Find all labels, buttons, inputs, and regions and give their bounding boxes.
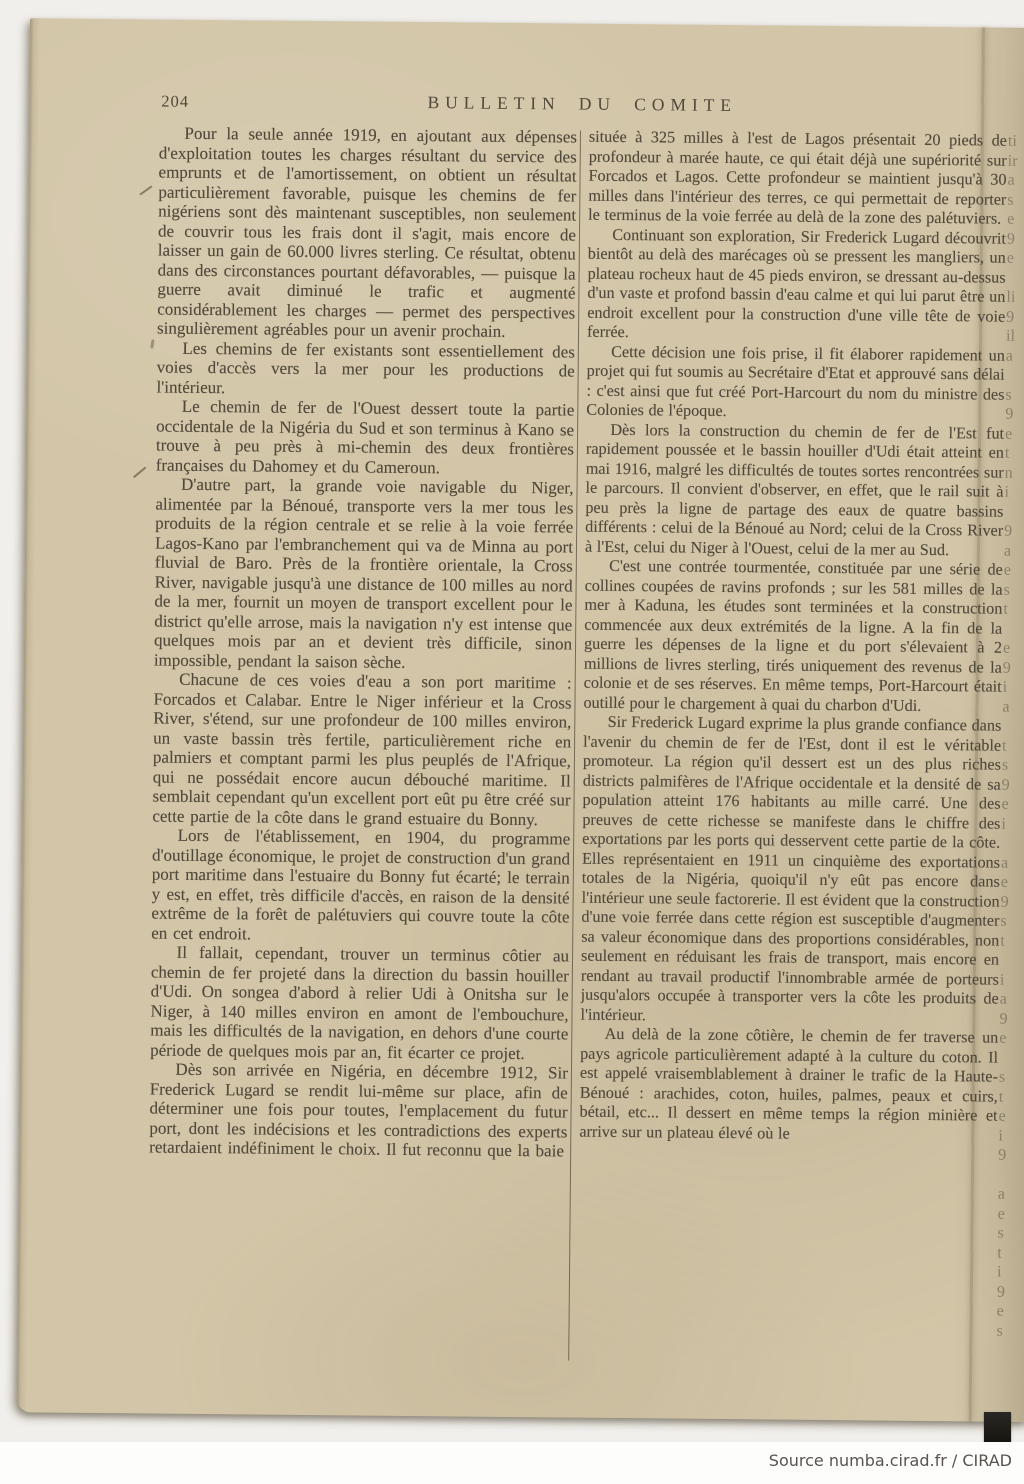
ghost-text-fragment: i xyxy=(1000,970,1024,990)
ghost-text-fragment: 9 xyxy=(1004,522,1024,542)
paragraph: Le chemin de fer de l'Ouest dessert tout… xyxy=(156,397,575,479)
paragraph: Il fallait, cependant, trouver un termin… xyxy=(150,942,569,1063)
ghost-text-fragment: t xyxy=(997,1243,1024,1263)
paragraph: Cette décision une fois prise, il fit él… xyxy=(586,342,1005,424)
ghost-text-fragment: t xyxy=(1000,931,1024,951)
ghost-text-fragment: i xyxy=(1004,483,1024,503)
ghost-text-fragment: a xyxy=(1000,990,1024,1010)
ghost-text-fragment: 9 xyxy=(1001,892,1024,912)
ghost-text-fragment: 9 xyxy=(1005,405,1024,425)
ghost-text-fragment: e xyxy=(1007,249,1024,269)
margin-pencil-mark xyxy=(133,467,147,479)
ghost-text-fragment: e xyxy=(999,1029,1024,1049)
paragraph: D'autre part, la grande voie navigable d… xyxy=(154,475,574,674)
margin-pencil-mark xyxy=(150,339,154,348)
ghost-text-fragment: e xyxy=(1005,424,1024,444)
book-page-scan: 204 BULLETIN DU COMITE Pour la seule ann… xyxy=(17,18,1024,1422)
ghost-text-fragment: i xyxy=(998,1126,1024,1146)
ghost-text-fragment: a xyxy=(998,1185,1024,1205)
paragraph: Continuant son exploration, Sir Frederic… xyxy=(587,225,1006,346)
ghost-text-fragment: s xyxy=(1002,756,1024,776)
ghost-text-fragment: 9 xyxy=(997,1282,1024,1302)
ghost-text-fragment xyxy=(1003,619,1024,639)
paragraph: Lors de l'établissement, en 1904, du pro… xyxy=(151,825,570,946)
ghost-text-fragment: li xyxy=(1006,288,1024,308)
ghost-text-fragment: e xyxy=(998,1204,1024,1224)
ghost-text-fragment: i xyxy=(1001,814,1024,834)
ghost-text-fragment: n xyxy=(1005,463,1024,483)
ghost-text-fragment: a xyxy=(1002,697,1024,717)
ghost-text-fragment: a xyxy=(1007,171,1024,191)
ghost-text-fragment: t xyxy=(1005,444,1024,464)
ghost-text-fragment xyxy=(1007,268,1024,288)
ghost-text-fragment: e xyxy=(997,1302,1024,1322)
ghost-text-fragment: s xyxy=(1005,385,1024,405)
ghost-text-fragment: 9 xyxy=(1006,307,1024,327)
ghost-text-fragment xyxy=(1002,717,1024,737)
ghost-text-fragment: e xyxy=(1001,873,1024,893)
ghost-text-fragment: s xyxy=(996,1321,1024,1341)
ghost-text-fragment: a xyxy=(996,1341,1024,1344)
ghost-text-fragment: s xyxy=(1004,580,1024,600)
ghost-text-fragment xyxy=(1006,366,1024,386)
ghost-text-fragment: 9 xyxy=(998,1146,1024,1166)
paragraph: Chacune de ces voies d'eau a son port ma… xyxy=(152,670,571,830)
ghost-text-fragment: s xyxy=(1000,912,1024,932)
ghost-text-fragment: s xyxy=(1007,190,1024,210)
ghost-text-fragment: e xyxy=(1001,795,1024,815)
running-header: 204 BULLETIN DU COMITE xyxy=(159,90,1005,124)
ghost-text-fragment: e xyxy=(1007,210,1024,230)
ghost-text-fragment: e xyxy=(998,1107,1024,1127)
ghost-text-fragment: a xyxy=(1004,541,1024,561)
ghost-text-fragment: 9 xyxy=(1002,775,1024,795)
ghost-text-fragment: t xyxy=(1003,600,1024,620)
paragraph: C'est une contrée tourmentée, constituée… xyxy=(583,557,1002,717)
ghost-text-fragment xyxy=(998,1165,1024,1185)
paragraph: située à 325 milles à l'est de Lagos pré… xyxy=(588,128,1007,230)
ghost-text-fragment: a xyxy=(1006,346,1024,366)
ghost-text-fragment: 9 xyxy=(1003,658,1024,678)
ghost-text-fragment: e xyxy=(1003,639,1024,659)
ghost-text-fragment: a xyxy=(1001,853,1024,873)
journal-title: BULLETIN DU COMITE xyxy=(159,90,1005,119)
paragraph: Dès son arrivée en Nigéria, en décembre … xyxy=(149,1059,568,1161)
paragraph: Les chemins de fer existants sont essent… xyxy=(156,338,575,401)
ghost-text-fragment: ir xyxy=(1008,151,1024,171)
ghost-text-fragment xyxy=(999,1048,1024,1068)
ghost-text-fragment: s xyxy=(997,1224,1024,1244)
paragraph: Pour la seule année 1919, en ajoutant au… xyxy=(157,124,577,343)
paragraph: Sir Frederick Lugard exprime la plus gra… xyxy=(580,713,1001,1029)
ghost-text-fragment xyxy=(1001,834,1024,854)
ghost-text-fragment xyxy=(1000,951,1024,971)
ghost-text-fragment: t xyxy=(999,1087,1024,1107)
ghost-text-fragment: 9 xyxy=(1007,229,1024,249)
ghost-text-fragment xyxy=(1004,502,1024,522)
ghost-text-fragment: 9 xyxy=(999,1009,1024,1029)
column-left: Pour la seule année 1919, en ajoutant au… xyxy=(147,124,577,1340)
margin-pencil-mark xyxy=(139,185,152,195)
ghost-text-fragment: s xyxy=(999,1068,1024,1088)
ghost-text-fragment: i xyxy=(997,1263,1024,1283)
ghost-text-fragment: t xyxy=(1002,736,1024,756)
ghost-text-fragment: i xyxy=(1003,678,1024,698)
paragraph: Au delà de la zone côtière, le chemin de… xyxy=(579,1025,998,1146)
column-right: située à 325 milles à l'est de Lagos pré… xyxy=(577,128,1007,1344)
ghost-text-fragment: e xyxy=(1004,561,1024,581)
source-attribution: Source numba.cirad.fr / CIRAD xyxy=(0,1442,1024,1470)
source-footer-band: Source numba.cirad.fr / CIRAD xyxy=(0,1442,1024,1484)
text-block: Pour la seule année 1919, en ajoutant au… xyxy=(147,124,1007,1344)
ghost-text-fragment: ti xyxy=(1008,132,1024,152)
scanned-page-viewport: 204 BULLETIN DU COMITE Pour la seule ann… xyxy=(0,0,1024,1484)
paragraph: Dès lors la construction du chemin de fe… xyxy=(585,420,1004,561)
ghost-text-fragment: il xyxy=(1006,327,1024,347)
